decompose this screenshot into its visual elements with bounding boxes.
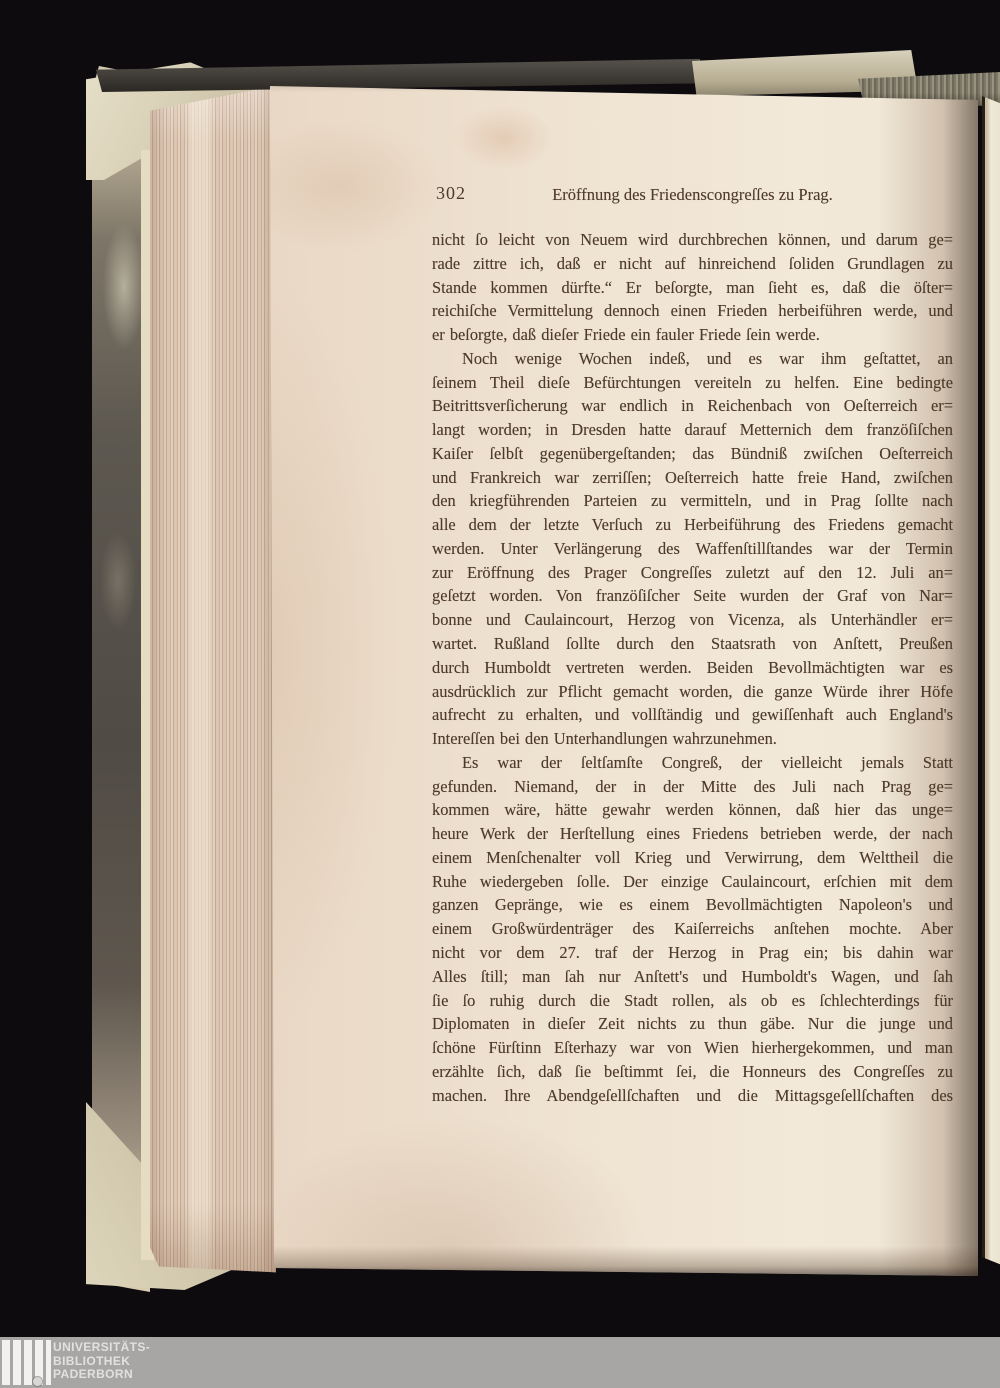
text-line: ganzen Gepränge, wie es einem Bevollmäch… (432, 893, 953, 917)
text-line: Stande kommen dürfte.“ Er beſorgte, man … (432, 276, 953, 300)
text-line: rade zittre ich, daß er nicht auf hinrei… (432, 252, 953, 276)
text-line: machen. Ihre Abendgeſellſchaften und die… (432, 1084, 953, 1108)
text-line: den kriegführenden Parteien zu vermittel… (432, 489, 953, 513)
cover-top-edge (96, 56, 700, 92)
text-line: ſchöne Fürſtinn Eſterhazy war von Wien h… (432, 1036, 953, 1060)
text-line: geſetzt worden. Von franzöſiſcher Seite … (432, 584, 953, 608)
text-line: heure Werk der Herſtellung eines Frieden… (432, 822, 953, 846)
page-header: 302 Eröffnung des Friedenscongreſſes zu … (432, 183, 953, 209)
library-name-line: BIBLIOTHEK (53, 1355, 150, 1369)
text-line: ſeinem Theil dieſe Befürchtungen vereite… (432, 371, 953, 395)
text-line: einem Großwürdenträger des Kaiſerreichs … (432, 917, 953, 941)
library-name-line: PADERBORN (53, 1368, 150, 1382)
text-line: und Frankreich war zerriſſen; Oeſterreic… (432, 466, 953, 490)
facing-page-sliver (982, 96, 1000, 1276)
text-line: alle dem der letzte Verſuch zu Herbeifüh… (432, 513, 953, 537)
text-line: ſie ſo ruhig durch die Stadt rollen, als… (432, 989, 953, 1013)
logo-bar (2, 1340, 10, 1385)
text-line: Intereſſen bei den Unterhandlungen wahrz… (432, 727, 953, 751)
text-line: gefunden. Niemand, der in der Mitte des … (432, 775, 953, 799)
logo-dot-icon (33, 1377, 42, 1386)
logo-bar (13, 1340, 21, 1385)
text-line: durch Humboldt vertreten werden. Beiden … (432, 656, 953, 680)
text-line: ausdrücklich zur Pflicht gemacht worden,… (432, 680, 953, 704)
library-name: UNIVERSITÄTS- BIBLIOTHEK PADERBORN (53, 1341, 150, 1382)
library-name-line: UNIVERSITÄTS- (53, 1341, 150, 1355)
text-line: erzählte ſich, daß ſie beſtimmt ſei, die… (432, 1060, 953, 1084)
text-line: einem Menſchenalter voll Krieg und Verwi… (432, 846, 953, 870)
text-block: nicht ſo leicht von Neuem wird durchbrec… (432, 228, 953, 1107)
text-line: wartet. Rußland ſollte durch den Staatsr… (432, 632, 953, 656)
text-line: Diplomaten in dieſer Zeit nichts zu thun… (432, 1012, 953, 1036)
running-title: Eröffnung des Friedenscongreſſes zu Prag… (432, 185, 953, 205)
text-line: nicht ſo leicht von Neuem wird durchbrec… (432, 228, 953, 252)
footer-bar: UNIVERSITÄTS- BIBLIOTHEK PADERBORN (0, 1337, 1000, 1388)
logo-bar (46, 1340, 51, 1385)
text-line: Ruhe wiedergeben ſolle. Der einzige Caul… (432, 870, 953, 894)
text-line: langt worden; in Dresden hatte darauf Me… (432, 418, 953, 442)
text-line: nicht vor dem 27. traf der Herzog in Pra… (432, 941, 953, 965)
text-line: kommen wäre, hätte gewahr werden können,… (432, 798, 953, 822)
logo-bar (24, 1340, 32, 1385)
text-line: Alles ſtill; man ſah nur Anſtett's und H… (432, 965, 953, 989)
text-line: Beitrittsverſicherung war endlich in Rei… (432, 394, 953, 418)
text-line: werden. Unter Verlängerung des Waffenſti… (432, 537, 953, 561)
text-line: zur Eröffnung des Prager Congreſſes zule… (432, 561, 953, 585)
text-line: Noch wenige Wochen indeß, und es war ihm… (432, 347, 953, 371)
page-block-fore-edge (150, 82, 276, 1276)
text-line: Es war der ſeltſamſte Congreß, der viell… (432, 751, 953, 775)
text-line: bonne und Caulaincourt, Herzog von Vicen… (432, 608, 953, 632)
text-line: aufrecht zu erhalten, und vollſtändig un… (432, 703, 953, 727)
text-line: Kaiſer ſelbſt gegenübergeſtanden; das Bü… (432, 442, 953, 466)
text-line: reichiſche Vermittelung dennoch einen Fr… (432, 299, 953, 323)
text-line: er beſorgte, daß dieſer Friede ein faule… (432, 323, 953, 347)
book-spines-bars-icon (2, 1340, 51, 1385)
book-scan-photo: 302 Eröffnung des Friedenscongreſſes zu … (0, 0, 1000, 1388)
